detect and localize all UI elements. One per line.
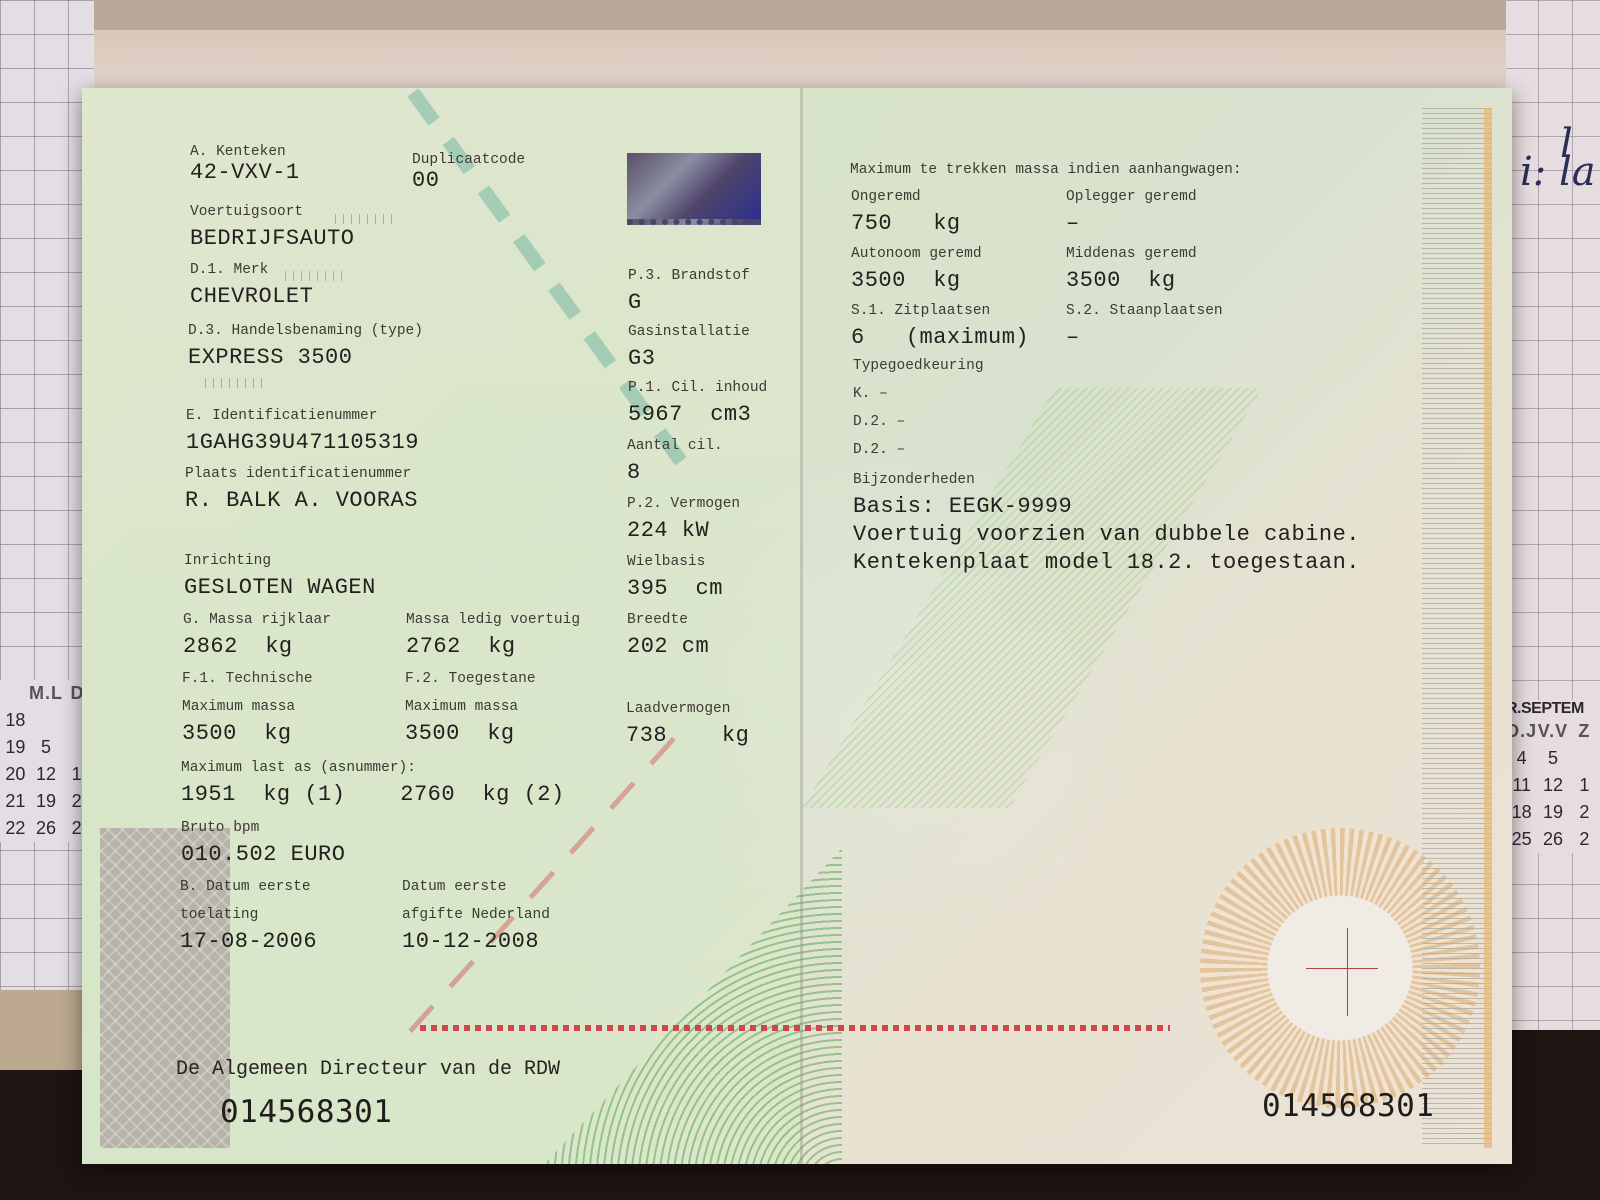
- field-kenteken: A. Kenteken 42-VXV-1: [190, 144, 300, 185]
- calendar-right-header: D.J V.V Z: [1506, 718, 1600, 745]
- value: –: [1066, 325, 1223, 350]
- calendar-left: M.L D 18 195 20121 21192 22262: [0, 680, 92, 842]
- label: D.1. Merk: [190, 262, 313, 278]
- label: Gasinstallatie: [628, 324, 750, 340]
- value: 2760: [400, 782, 455, 807]
- field-cil-inhoud: P.1. Cil. inhoud 5967 cm3: [628, 380, 767, 427]
- value: EXPRESS 3500: [188, 345, 423, 370]
- calendar-cell: 26: [1537, 829, 1568, 850]
- guilloche-border: [100, 828, 230, 1148]
- unit: kg: [1148, 268, 1175, 293]
- calendar-cell: 2: [1569, 802, 1600, 823]
- field-toegestane-max-massa: F.2. Toegestane Maximum massa 3500 kg: [405, 671, 536, 746]
- axle-load-1: 1951 kg (1): [181, 782, 345, 807]
- axle-number: (2): [524, 782, 565, 807]
- signature-line: De Algemeen Directeur van de RDW: [176, 1058, 560, 1081]
- unit: kg: [488, 634, 515, 659]
- field-zitplaatsen: S.1. Zitplaatsen 6 (maximum): [851, 303, 1029, 350]
- label: S.2. Staanplaatsen: [1066, 303, 1223, 319]
- envelope-flap-shadow: [94, 0, 1506, 30]
- unit: kg: [482, 782, 509, 807]
- field-typegoedkeuring: Typegoedkeuring K. – D.2. – D.2. –: [853, 358, 984, 458]
- typegoedkeuring-line: D.2. –: [853, 442, 984, 458]
- value: G3: [628, 346, 750, 371]
- value: 224 kW: [627, 518, 740, 543]
- bijzonderheden-line: Voertuig voorzien van dubbele cabine.: [853, 522, 1360, 547]
- calendar-row: 20121: [0, 761, 92, 788]
- field-wielbasis: Wielbasis 395 cm: [627, 554, 723, 601]
- label: Plaats identificatienummer: [185, 466, 418, 482]
- value: 6: [851, 325, 865, 350]
- calendar-cell: 19: [0, 737, 31, 758]
- calendar-left-header: M.L D: [0, 680, 92, 707]
- value: 738: [626, 723, 667, 748]
- value: 3500: [182, 721, 237, 746]
- calendar-row: 21192: [0, 788, 92, 815]
- value: 2762: [406, 634, 461, 659]
- value: 1GAHG39U471105319: [186, 430, 419, 455]
- registration-certificate: A. Kenteken 42-VXV-1 Duplicaatcode 00 Vo…: [82, 88, 1512, 1164]
- field-bruto-bpm: Bruto bpm 010.502 EURO: [181, 820, 345, 867]
- calendar-right-title: R.SEPTEM: [1506, 700, 1600, 718]
- value: 3500: [405, 721, 460, 746]
- field-plaats-identificatienummer: Plaats identificatienummer R. BALK A. VO…: [185, 466, 418, 513]
- calendar-cell: 5: [31, 737, 62, 758]
- calendar-cell: 5: [1537, 748, 1568, 769]
- label: Oplegger geremd: [1066, 189, 1197, 205]
- calendar-cell: 20: [0, 764, 31, 785]
- label: A. Kenteken: [190, 144, 300, 160]
- label: Duplicaatcode: [412, 152, 525, 168]
- unit: cm: [696, 576, 723, 601]
- label: Laadvermogen: [626, 701, 749, 717]
- field-handelsbenaming: D.3. Handelsbenaming (type) EXPRESS 3500: [188, 323, 423, 370]
- label: Voertuigsoort: [190, 204, 354, 220]
- label: toelating: [180, 907, 317, 923]
- field-massa-ledig: Massa ledig voertuig 2762 kg: [406, 612, 580, 659]
- field-gasinstallatie: Gasinstallatie G3: [628, 324, 750, 371]
- field-breedte: Breedte 202 cm: [627, 612, 709, 659]
- value: 8: [627, 460, 723, 485]
- value: 3500: [1066, 268, 1121, 293]
- calendar-row: 18192: [1506, 799, 1600, 826]
- field-datum-eerste-afgifte: Datum eerste afgifte Nederland 10-12-200…: [402, 879, 550, 954]
- label: Middenas geremd: [1066, 246, 1197, 262]
- calendar-row: 11121: [1506, 772, 1600, 799]
- calendar-cell: 19: [31, 791, 62, 812]
- typegoedkeuring-line: D.2. –: [853, 414, 984, 430]
- label: Datum eerste: [402, 879, 550, 895]
- label: P.1. Cil. inhoud: [628, 380, 767, 396]
- note: (maximum): [906, 325, 1029, 350]
- handwriting: l i: la: [1520, 130, 1596, 186]
- field-massa-rijklaar: G. Massa rijklaar 2862 kg: [183, 612, 331, 659]
- value: 42-VXV-1: [190, 160, 300, 185]
- axle-load-2: 2760 kg (2): [400, 782, 564, 807]
- hologram-sticker: [627, 153, 761, 225]
- field-max-last-as: Maximum last as (asnummer): 1951 kg (1) …: [181, 760, 565, 807]
- label: Bruto bpm: [181, 820, 345, 836]
- calendar-header-cell: Z: [1569, 721, 1600, 742]
- unit: kg: [487, 721, 514, 746]
- unit: kg: [722, 723, 749, 748]
- value: 395: [627, 576, 668, 601]
- label: E. Identificatienummer: [186, 408, 419, 424]
- field-duplicaatcode: Duplicaatcode 00: [412, 152, 525, 193]
- field-vermogen: P.2. Vermogen 224 kW: [627, 496, 740, 543]
- calendar-cell: 19: [1537, 802, 1568, 823]
- calendar-cell: 1: [1569, 775, 1600, 796]
- field-oplegger-geremd: Oplegger geremd –: [1066, 189, 1197, 236]
- calendar-row: 45: [1506, 745, 1600, 772]
- value: G: [628, 290, 750, 315]
- label: P.2. Vermogen: [627, 496, 740, 512]
- calendar-row: 25262: [1506, 826, 1600, 853]
- value: 3500: [851, 268, 906, 293]
- label: Maximum massa: [405, 699, 536, 715]
- field-ongeremd: Ongeremd 750 kg: [851, 189, 961, 236]
- label: Maximum last as (asnummer):: [181, 760, 565, 776]
- label: P.3. Brandstof: [628, 268, 750, 284]
- label: Maximum massa: [182, 699, 313, 715]
- calendar-cell: 12: [1537, 775, 1568, 796]
- calendar-row: 22262: [0, 815, 92, 842]
- document-number-right: 014568301: [1262, 1088, 1434, 1124]
- field-middenas-geremd: Middenas geremd 3500 kg: [1066, 246, 1197, 293]
- unit: kg: [265, 634, 292, 659]
- value: BEDRIJFSAUTO: [190, 226, 354, 251]
- value: 202 cm: [627, 634, 709, 659]
- field-aantal-cil: Aantal cil. 8: [627, 438, 723, 485]
- calendar-right: R.SEPTEM D.J V.V Z 45 11121 18192 25262: [1506, 700, 1600, 853]
- label: afgifte Nederland: [402, 907, 550, 923]
- field-bijzonderheden: Bijzonderheden Basis: EEGK-9999 Voertuig…: [853, 472, 1360, 575]
- label: Ongeremd: [851, 189, 961, 205]
- bijzonderheden-line: Basis: EEGK-9999: [853, 494, 1360, 519]
- label: Bijzonderheden: [853, 472, 1360, 488]
- label: G. Massa rijklaar: [183, 612, 331, 628]
- wave-border-strip: [1484, 108, 1492, 1148]
- value: 5967: [628, 402, 683, 427]
- table-surface: [0, 990, 90, 1070]
- value: 17-08-2006: [180, 929, 317, 954]
- value: 2862: [183, 634, 238, 659]
- value: 00: [412, 168, 525, 193]
- handwriting-line: i: la: [1520, 158, 1596, 186]
- field-technische-max-massa: F.1. Technische Maximum massa 3500 kg: [182, 671, 313, 746]
- label: D.3. Handelsbenaming (type): [188, 323, 423, 339]
- value: 750: [851, 211, 892, 236]
- label: F.2. Toegestane: [405, 671, 536, 687]
- field-laadvermogen: Laadvermogen 738 kg: [626, 701, 749, 748]
- calendar-cell: 26: [31, 818, 62, 839]
- crosshair-icon: [1306, 968, 1378, 969]
- label: B. Datum eerste: [180, 879, 317, 895]
- calendar-header-cell: M.L: [29, 683, 63, 704]
- label: Breedte: [627, 612, 709, 628]
- trekken-heading: Maximum te trekken massa indien aanhangw…: [850, 162, 1242, 178]
- unit: kg: [263, 782, 290, 807]
- field-merk: D.1. Merk CHEVROLET: [190, 262, 313, 309]
- unit: kg: [933, 211, 960, 236]
- calendar-cell: 18: [0, 710, 31, 731]
- calendar-row: 18: [0, 707, 92, 734]
- calendar-cell: 21: [0, 791, 31, 812]
- label: Wielbasis: [627, 554, 723, 570]
- field-voertuigsoort: Voertuigsoort BEDRIJFSAUTO: [190, 204, 354, 251]
- calendar-cell: 2: [1569, 829, 1600, 850]
- axle-number: (1): [304, 782, 345, 807]
- unit: cm3: [710, 402, 751, 427]
- field-staanplaatsen: S.2. Staanplaatsen –: [1066, 303, 1223, 350]
- label: Massa ledig voertuig: [406, 612, 580, 628]
- value: GESLOTEN WAGEN: [184, 575, 376, 600]
- document-number-left: 014568301: [220, 1094, 392, 1130]
- value: 1951: [181, 782, 236, 807]
- label: F.1. Technische: [182, 671, 313, 687]
- calendar-cell: 12: [31, 764, 62, 785]
- typegoedkeuring-line: K. –: [853, 386, 984, 402]
- red-dotted-line: [420, 1025, 1170, 1031]
- microtext-wave: [202, 378, 262, 388]
- calendar-row: 195: [0, 734, 92, 761]
- calendar-header-cell: V.V: [1537, 721, 1568, 742]
- field-brandstof: P.3. Brandstof G: [628, 268, 750, 315]
- label: Typegoedkeuring: [853, 358, 984, 374]
- field-autonoom-geremd: Autonoom geremd 3500 kg: [851, 246, 982, 293]
- value: –: [1066, 211, 1197, 236]
- field-datum-eerste-toelating: B. Datum eerste toelating 17-08-2006: [180, 879, 317, 954]
- field-inrichting: Inrichting GESLOTEN WAGEN: [184, 553, 376, 600]
- calendar-cell: 22: [0, 818, 31, 839]
- value: R. BALK A. VOORAS: [185, 488, 418, 513]
- label: Inrichting: [184, 553, 376, 569]
- label: S.1. Zitplaatsen: [851, 303, 1029, 319]
- bijzonderheden-line: Kentekenplaat model 18.2. toegestaan.: [853, 550, 1360, 575]
- value: 10-12-2008: [402, 929, 550, 954]
- value: 010.502 EURO: [181, 842, 345, 867]
- crosshair-icon: [1347, 928, 1348, 1016]
- unit: kg: [264, 721, 291, 746]
- label: Autonoom geremd: [851, 246, 982, 262]
- field-identificatienummer: E. Identificatienummer 1GAHG39U471105319: [186, 408, 419, 455]
- label: Aantal cil.: [627, 438, 723, 454]
- wave-border: [1422, 108, 1492, 1148]
- value: CHEVROLET: [190, 284, 313, 309]
- unit: kg: [933, 268, 960, 293]
